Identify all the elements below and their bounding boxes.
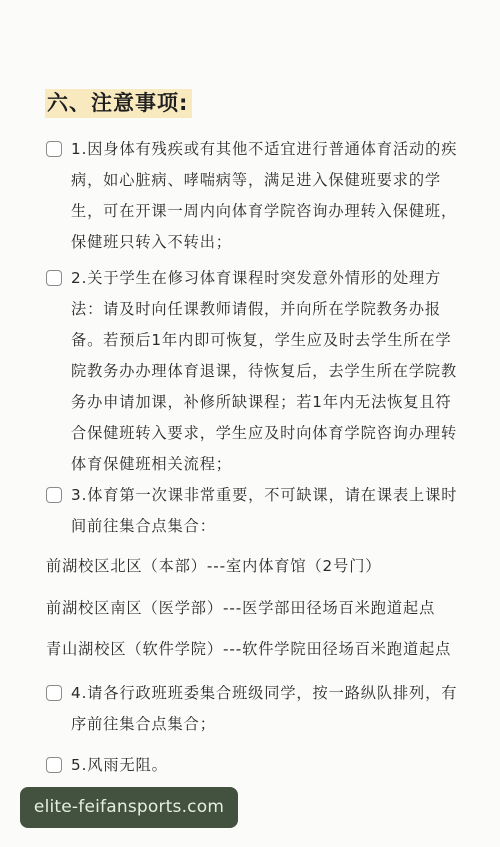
checkbox-icon[interactable] <box>46 757 62 773</box>
checkbox-icon[interactable] <box>46 685 62 701</box>
section-heading: 六、注意事项: <box>45 89 192 118</box>
notice-item-5: 5.风雨无阻。 <box>45 750 465 781</box>
checkbox-icon[interactable] <box>46 141 62 157</box>
notice-item-text: 3.体育第一次课非常重要，不可缺课，请在课表上课时间前往集合点集合： <box>71 480 465 542</box>
watermark-badge: elite-feifansports.com <box>20 787 238 828</box>
notice-item-text: 5.风雨无阻。 <box>71 750 465 781</box>
notice-item-4: 4.请各行政班班委集合班级同学，按一路纵队排列，有序前往集合点集合； <box>45 678 465 740</box>
notice-item-1: 1.因身体有残疾或有其他不适宜进行普通体育活动的疾病，如心脏病、哮喘病等，满足进… <box>45 134 465 258</box>
notice-item-text: 1.因身体有残疾或有其他不适宜进行普通体育活动的疾病，如心脏病、哮喘病等，满足进… <box>71 134 465 258</box>
notice-item-2: 2.关于学生在修习体育课程时突发意外情形的处理方法：请及时向任课教师请假，并向所… <box>45 263 465 480</box>
notice-item-text: 4.请各行政班班委集合班级同学，按一路纵队排列，有序前往集合点集合； <box>71 678 465 740</box>
meeting-point-south: 前湖校区南区（医学部）---医学部田径场百米跑道起点 <box>46 593 435 624</box>
checkbox-icon[interactable] <box>46 487 62 503</box>
meeting-point-north: 前湖校区北区（本部）---室内体育馆（2号门） <box>46 551 381 582</box>
meeting-point-qingshanhu: 青山湖校区（软件学院）---软件学院田径场百米跑道起点 <box>46 634 451 665</box>
notice-item-3: 3.体育第一次课非常重要，不可缺课，请在课表上课时间前往集合点集合： <box>45 480 465 542</box>
checkbox-icon[interactable] <box>46 270 62 286</box>
notice-item-text: 2.关于学生在修习体育课程时突发意外情形的处理方法：请及时向任课教师请假，并向所… <box>71 263 465 480</box>
